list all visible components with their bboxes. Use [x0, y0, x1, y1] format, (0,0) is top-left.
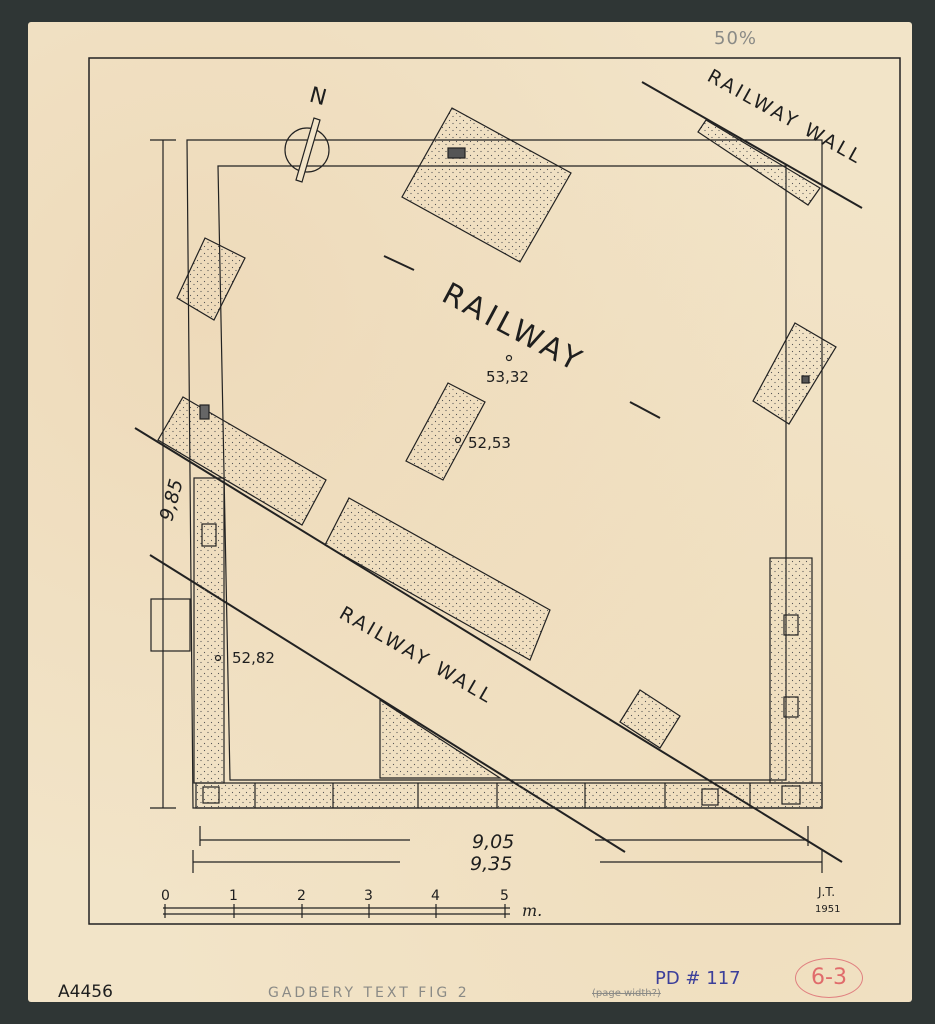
site-plan-drawing: N RAILWAY RAILWAY WALL RAILWAY WALL 53,3… [0, 0, 935, 1024]
stone-block-top [402, 108, 571, 262]
scale-tick-2: 2 [297, 888, 306, 904]
catalog-number: A4456 [58, 982, 113, 1002]
north-label: N [307, 83, 329, 111]
circled-number: 6-3 [795, 958, 863, 998]
scale-note: 50% [714, 28, 757, 49]
railway-label: RAILWAY [436, 276, 590, 380]
pencil-strikeout: (page width?) [592, 988, 661, 999]
arrow-right [630, 402, 660, 418]
stone-block-bottom [380, 700, 500, 778]
right-wall [770, 558, 812, 783]
scale-tick-4: 4 [431, 888, 440, 904]
pencil-note: GADBERY TEXT FIG 2 [268, 985, 470, 1001]
pd-number: PD # 117 [655, 968, 741, 989]
elevation-1: 53,32 [486, 368, 529, 386]
arrow-left [384, 256, 414, 270]
scale-tick-5: 5 [500, 888, 509, 904]
scale-unit: m. [522, 901, 542, 920]
scale-tick-1: 1 [229, 888, 238, 904]
scale-tick-3: 3 [364, 888, 373, 904]
outbuilding [151, 599, 190, 651]
dimension-inner: 9,05 [472, 831, 514, 853]
dimension-vertical: 9,85 [156, 477, 188, 524]
elevation-3: 52,82 [232, 649, 275, 667]
dimension-outer: 9,35 [470, 853, 512, 875]
stone-block-right [753, 323, 836, 424]
railway-wall-label-top: RAILWAY WALL [704, 65, 867, 169]
signature-year: 1951 [815, 904, 840, 915]
stone-block-left [177, 238, 245, 320]
stone-block-center [406, 383, 485, 480]
scale-tick-0: 0 [161, 888, 170, 904]
stone-block-mid-left [158, 397, 326, 525]
elevation-2: 52,53 [468, 434, 511, 452]
stone-block-small [620, 690, 680, 748]
bottom-wall-strip [196, 783, 822, 808]
signature-initials: J.T. [817, 885, 835, 899]
stone-block-long [325, 498, 550, 660]
